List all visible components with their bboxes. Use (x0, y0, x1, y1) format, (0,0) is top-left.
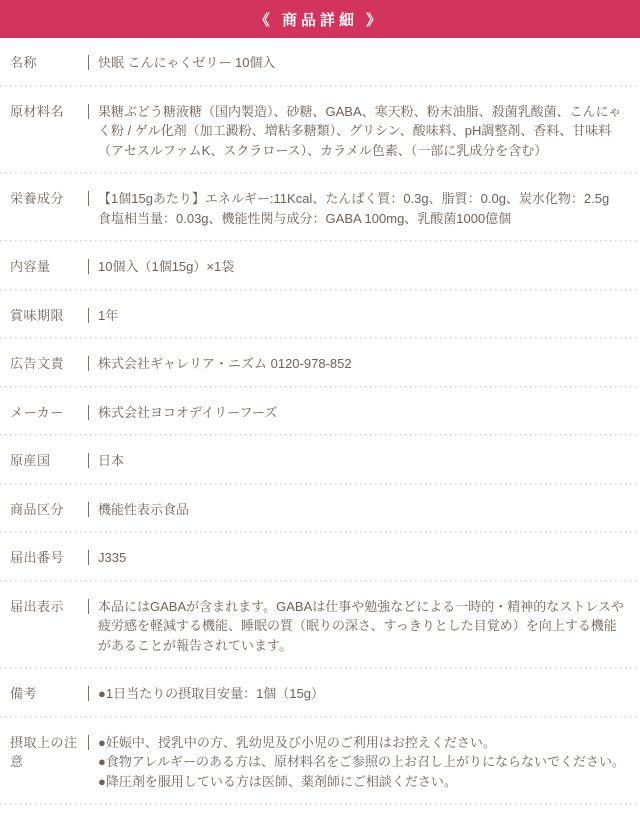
row-value: 機能性表示食品 (89, 500, 630, 520)
row-value: ●妊娠中、授乳中の方、乳幼児及び小児のご利用はお控えください。 ●食物アレルギー… (89, 733, 630, 792)
row-label: 摂取上の注意 (10, 733, 88, 772)
row-value: 株式会社ギャレリア・ニズム 0120-978-852 (89, 354, 630, 374)
row-label: 名称 (10, 53, 88, 73)
row-label: 広告文責 (10, 354, 88, 374)
row-value: 日本 (89, 451, 630, 471)
row-remarks: 備考 ●1日当たりの摂取目安量：1個（15g） (0, 669, 640, 716)
row-notification-label: 届出表示 本品にはGABAが含まれます。GABAは仕事や勉強などによる一時的・精… (0, 582, 640, 668)
row-value: J335 (89, 548, 630, 568)
section-header: 《 商品詳細 》 (0, 0, 640, 38)
row-label: 内容量 (10, 257, 88, 277)
row-value: 10個入（1個15g）×1袋 (89, 257, 630, 277)
row-notification-number: 届出番号 J335 (0, 533, 640, 580)
row-product-category: 商品区分 機能性表示食品 (0, 485, 640, 532)
row-ad-responsibility: 広告文責 株式会社ギャレリア・ニズム 0120-978-852 (0, 339, 640, 386)
row-value: 株式会社ヨコオデイリーフーズ (89, 403, 630, 423)
row-label: 栄養成分 (10, 189, 88, 209)
row-value: 本品にはGABAが含まれます。GABAは仕事や勉強などによる一時的・精神的なスト… (89, 597, 630, 656)
row-label: メーカー (10, 403, 88, 423)
row-ingredients: 原材料名 果糖ぶどう糖液糖（国内製造）、砂糖、GABA、寒天粉、粉末油脂、殺菌乳… (0, 87, 640, 173)
row-value: 果糖ぶどう糖液糖（国内製造）、砂糖、GABA、寒天粉、粉末油脂、殺菌乳酸菌、こん… (89, 102, 630, 161)
row-label: 届出表示 (10, 597, 88, 617)
row-product-name: 名称 快眠 こんにゃくゼリー 10個入 (0, 38, 640, 85)
row-nutrition: 栄養成分 【1個15gあたり】エネルギー:11Kcal、たんぱく質：0.3g、脂… (0, 174, 640, 240)
row-label: 原材料名 (10, 102, 88, 122)
row-contents-amount: 内容量 10個入（1個15g）×1袋 (0, 242, 640, 289)
row-country-of-origin: 原産国 日本 (0, 436, 640, 483)
row-value: 【1個15gあたり】エネルギー:11Kcal、たんぱく質：0.3g、脂質：0.0… (89, 189, 630, 228)
row-label: 賞味期限 (10, 306, 88, 326)
row-value: ●1日当たりの摂取目安量：1個（15g） (89, 684, 630, 704)
row-shelf-life: 賞味期限 1年 (0, 291, 640, 338)
row-value: 快眠 こんにゃくゼリー 10個入 (89, 53, 630, 73)
product-detail-page: 《 商品詳細 》 名称 快眠 こんにゃくゼリー 10個入 原材料名 果糖ぶどう糖… (0, 0, 640, 824)
row-value: 1年 (89, 306, 630, 326)
dotted-separator (0, 803, 640, 805)
row-label: 原産国 (10, 451, 88, 471)
product-detail-table: 名称 快眠 こんにゃくゼリー 10個入 原材料名 果糖ぶどう糖液糖（国内製造）、… (0, 38, 640, 805)
section-title: 《 商品詳細 》 (255, 9, 385, 30)
row-label: 備考 (10, 684, 88, 704)
row-label: 届出番号 (10, 548, 88, 568)
row-maker: メーカー 株式会社ヨコオデイリーフーズ (0, 388, 640, 435)
row-intake-precautions: 摂取上の注意 ●妊娠中、授乳中の方、乳幼児及び小児のご利用はお控えください。 ●… (0, 718, 640, 804)
row-label: 商品区分 (10, 500, 88, 520)
